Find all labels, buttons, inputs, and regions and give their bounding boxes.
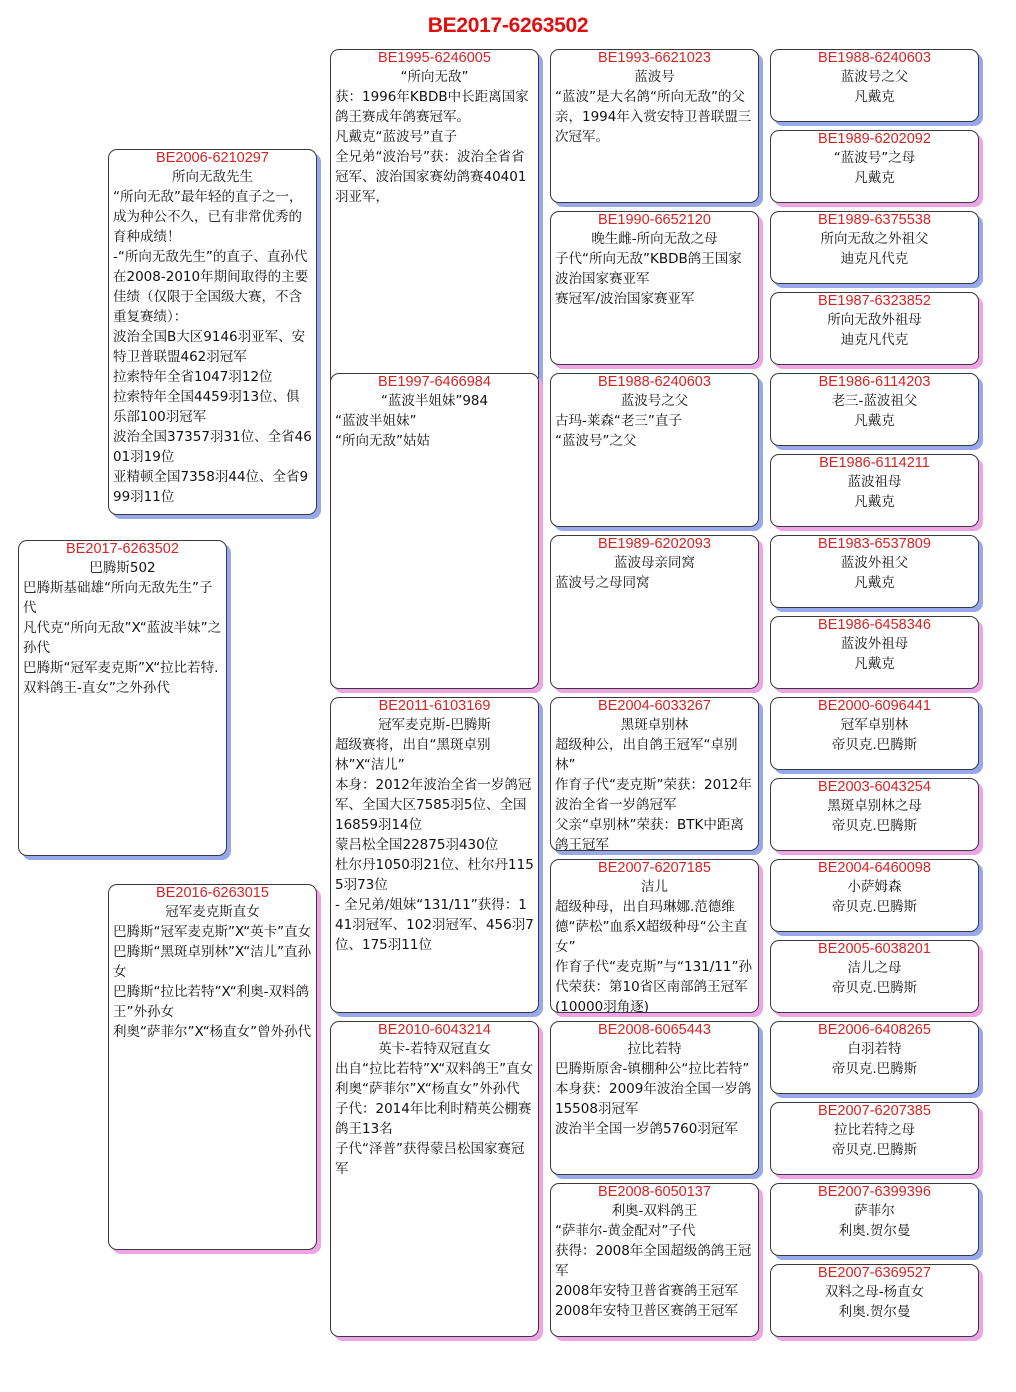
pigeon-card-dam[interactable]: BE2016-6263015 冠军麦克斯直女 巴腾斯“冠军麦克斯”X“英卡”直女… — [108, 884, 317, 1250]
pigeon-card-g5-8[interactable]: BE1986-6458346 蓝波外祖母 凡戴克 — [770, 616, 979, 689]
pigeon-card-g5-14[interactable]: BE2007-6207385 拉比若特之母 帝贝克.巴腾斯 — [770, 1102, 979, 1175]
pigeon-description: 超级种母，出自玛琳娜.范德维德“萨松”血系X超级种母“公主直女” 作育子代“麦克… — [555, 897, 754, 1013]
ring-number: BE1989-6202092 — [775, 131, 974, 148]
breeder-name: 帝贝克.巴腾斯 — [775, 735, 974, 755]
pigeon-description: 子代“所向无敌”KBDB鸽王国家 波治国家赛亚军 赛冠军/波治国家赛亚军 — [555, 249, 754, 309]
pigeon-description: 蓝波号之母同窝 — [555, 573, 754, 593]
pigeon-description: “所向无敌”最年轻的直子之一，成为种公不久，已有非常优秀的育种成绩！ -“所向无… — [113, 187, 312, 507]
pigeon-name: 冠军卓别林 — [775, 715, 974, 735]
pigeon-card-g4-8[interactable]: BE2008-6050137 利奥-双料鸽王 “萨菲尔-黄金配对”子代 获得：2… — [550, 1183, 759, 1337]
pigeon-name: “蓝波半姐妹”984 — [335, 391, 534, 411]
pigeon-description: “蓝波半姐妹” “所向无敌”姑姑 — [335, 411, 534, 451]
pigeon-card-grandsire-maternal[interactable]: BE2011-6103169 冠军麦克斯-巴腾斯 超级赛将，出自“黑斑卓别林”X… — [330, 697, 539, 1013]
ring-number: BE1997-6466984 — [335, 374, 534, 391]
pigeon-card-g5-12[interactable]: BE2005-6038201 洁儿之母 帝贝克.巴腾斯 — [770, 940, 979, 1013]
pigeon-card-g5-3[interactable]: BE1989-6375538 所向无敌之外祖父 迪克凡代克 — [770, 211, 979, 284]
pigeon-name: 蓝波外祖母 — [775, 634, 974, 654]
pigeon-name: 蓝波号之父 — [775, 67, 974, 87]
pigeon-name: 拉比若特之母 — [775, 1120, 974, 1140]
pigeon-name: 所向无敌之外祖父 — [775, 229, 974, 249]
breeder-name: 凡戴克 — [775, 411, 974, 431]
pigeon-name: 冠军麦克斯直女 — [113, 902, 312, 922]
breeder-name: 帝贝克.巴腾斯 — [775, 897, 974, 917]
ring-number: BE2000-6096441 — [775, 698, 974, 715]
pigeon-description: 超级种公，出自鸽王冠军“卓别林” 作育子代“麦克斯”荣获：2012年波治全省一岁… — [555, 735, 754, 851]
pigeon-name: 蓝波祖母 — [775, 472, 974, 492]
breeder-name: 利奥.贺尔曼 — [775, 1221, 974, 1241]
pigeon-name: 双料之母-杨直女 — [775, 1282, 974, 1302]
pigeon-card-g5-11[interactable]: BE2004-6460098 小萨姆森 帝贝克.巴腾斯 — [770, 859, 979, 932]
breeder-name: 迪克凡代克 — [775, 249, 974, 269]
pedigree-title: BE2017-6263502 — [0, 14, 1016, 38]
ring-number: BE1995-6246005 — [335, 50, 534, 67]
pigeon-card-g5-10[interactable]: BE2003-6043254 黑斑卓别林之母 帝贝克.巴腾斯 — [770, 778, 979, 851]
ring-number: BE1989-6202093 — [555, 536, 754, 553]
pigeon-card-sire[interactable]: BE2006-6210297 所向无敌先生 “所向无敌”最年轻的直子之一，成为种… — [108, 149, 317, 515]
pigeon-description: “萨菲尔-黄金配对”子代 获得：2008年全国超级鸽鸽王冠军 2008年安特卫普… — [555, 1221, 754, 1321]
breeder-name: 帝贝克.巴腾斯 — [775, 978, 974, 998]
breeder-name: 帝贝克.巴腾斯 — [775, 1140, 974, 1160]
pigeon-name: 蓝波外祖父 — [775, 553, 974, 573]
ring-number: BE2008-6065443 — [555, 1022, 754, 1039]
breeder-name: 凡戴克 — [775, 654, 974, 674]
breeder-name: 凡戴克 — [775, 168, 974, 188]
ring-number: BE1988-6240603 — [555, 374, 754, 391]
ring-number: BE2008-6050137 — [555, 1184, 754, 1201]
ring-number: BE1983-6537809 — [775, 536, 974, 553]
pigeon-card-g5-15[interactable]: BE2007-6399396 萨菲尔 利奥.贺尔曼 — [770, 1183, 979, 1256]
breeder-name: 利奥.贺尔曼 — [775, 1302, 974, 1322]
ring-number: BE1987-6323852 — [775, 293, 974, 310]
pigeon-card-g5-16[interactable]: BE2007-6369527 双料之母-杨直女 利奥.贺尔曼 — [770, 1264, 979, 1337]
ring-number: BE1993-6621023 — [555, 50, 754, 67]
pigeon-name: 萨菲尔 — [775, 1201, 974, 1221]
pigeon-card-g5-4[interactable]: BE1987-6323852 所向无敌外祖母 迪克凡代克 — [770, 292, 979, 365]
breeder-name: 凡戴克 — [775, 492, 974, 512]
ring-number: BE2007-6369527 — [775, 1265, 974, 1282]
pigeon-description: 巴腾斯原舍-镇棚种公“拉比若特” 本身获：2009年波治全国一岁鸽15508羽冠… — [555, 1059, 754, 1139]
ring-number: BE1986-6114203 — [775, 374, 974, 391]
pigeon-description: 古玛-莱森“老三”直子 “蓝波号”之父 — [555, 411, 754, 451]
pigeon-name: “所向无敌” — [335, 67, 534, 87]
pigeon-name: 蓝波母亲同窝 — [555, 553, 754, 573]
pigeon-name: 所向无敌先生 — [113, 167, 312, 187]
pigeon-name: 冠军麦克斯-巴腾斯 — [335, 715, 534, 735]
pigeon-card-g4-4[interactable]: BE1989-6202093 蓝波母亲同窝 蓝波号之母同窝 — [550, 535, 759, 689]
pigeon-name: 洁儿 — [555, 877, 754, 897]
pigeon-name: 拉比若特 — [555, 1039, 754, 1059]
ring-number: BE1989-6375538 — [775, 212, 974, 229]
breeder-name: 凡戴克 — [775, 87, 974, 107]
pigeon-description: “蓝波”是大名鸽“所向无敌”的父亲，1994年入赏安特卫普联盟三次冠军。 — [555, 87, 754, 147]
breeder-name: 凡戴克 — [775, 573, 974, 593]
pigeon-card-g5-13[interactable]: BE2006-6408265 白羽若特 帝贝克.巴腾斯 — [770, 1021, 979, 1094]
ring-number: BE2017-6263502 — [23, 541, 222, 558]
breeder-name: 帝贝克.巴腾斯 — [775, 1059, 974, 1079]
ring-number: BE1986-6458346 — [775, 617, 974, 634]
pigeon-name: 黑斑卓别林之母 — [775, 796, 974, 816]
pigeon-name: 小萨姆森 — [775, 877, 974, 897]
pigeon-card-g4-1[interactable]: BE1993-6621023 蓝波号 “蓝波”是大名鸽“所向无敌”的父亲，199… — [550, 49, 759, 203]
pigeon-description: 巴腾斯“冠军麦克斯”X“英卡”直女 巴腾斯“黑斑卓别林”X“洁儿”直孙女 巴腾斯… — [113, 922, 312, 1042]
pigeon-description: 超级赛将，出自“黑斑卓别林”X“洁儿” 本身：2012年波治全省一岁鸽冠军、全国… — [335, 735, 534, 955]
pigeon-card-g5-5[interactable]: BE1986-6114203 老三-蓝波祖父 凡戴克 — [770, 373, 979, 446]
pigeon-name: 所向无敌外祖母 — [775, 310, 974, 330]
pigeon-name: “蓝波号”之母 — [775, 148, 974, 168]
pigeon-name: 白羽若特 — [775, 1039, 974, 1059]
ring-number: BE1990-6652120 — [555, 212, 754, 229]
pigeon-card-g5-6[interactable]: BE1986-6114211 蓝波祖母 凡戴克 — [770, 454, 979, 527]
pigeon-card-g4-2[interactable]: BE1990-6652120 晚生雌-所向无敌之母 子代“所向无敌”KBDB鸽王… — [550, 211, 759, 365]
pigeon-card-g5-1[interactable]: BE1988-6240603 蓝波号之父 凡戴克 — [770, 49, 979, 122]
pigeon-name: 老三-蓝波祖父 — [775, 391, 974, 411]
breeder-name: 帝贝克.巴腾斯 — [775, 816, 974, 836]
pigeon-name: 洁儿之母 — [775, 958, 974, 978]
ring-number: BE2006-6408265 — [775, 1022, 974, 1039]
ring-number: BE2006-6210297 — [113, 150, 312, 167]
pigeon-card-g4-3[interactable]: BE1988-6240603 蓝波号之父 古玛-莱森“老三”直子 “蓝波号”之父 — [550, 373, 759, 527]
pigeon-name: 巴腾斯502 — [23, 558, 222, 578]
pigeon-card-g4-6[interactable]: BE2007-6207185 洁儿 超级种母，出自玛琳娜.范德维德“萨松”血系X… — [550, 859, 759, 1013]
pigeon-card-subject[interactable]: BE2017-6263502 巴腾斯502 巴腾斯基础雄“所向无敌先生”子代 凡… — [18, 540, 227, 856]
ring-number: BE1988-6240603 — [775, 50, 974, 67]
ring-number: BE2010-6043214 — [335, 1022, 534, 1039]
pigeon-name: 蓝波号之父 — [555, 391, 754, 411]
pigeon-card-g4-5[interactable]: BE2004-6033267 黑斑卓别林 超级种公，出自鸽王冠军“卓别林” 作育… — [550, 697, 759, 851]
pigeon-card-g5-9[interactable]: BE2000-6096441 冠军卓别林 帝贝克.巴腾斯 — [770, 697, 979, 770]
pigeon-name: 利奥-双料鸽王 — [555, 1201, 754, 1221]
pigeon-card-granddam-maternal[interactable]: BE2010-6043214 英卡-若特双冠直女 出自“拉比若特”X“双料鸽王”… — [330, 1021, 539, 1337]
ring-number: BE2005-6038201 — [775, 941, 974, 958]
pigeon-description: 出自“拉比若特”X“双料鸽王”直女 利奥“萨菲尔”X“杨直女”外孙代 子代：20… — [335, 1059, 534, 1179]
pigeon-name: 黑斑卓别林 — [555, 715, 754, 735]
pigeon-card-g4-7[interactable]: BE2008-6065443 拉比若特 巴腾斯原舍-镇棚种公“拉比若特” 本身获… — [550, 1021, 759, 1175]
pigeon-card-g5-2[interactable]: BE1989-6202092 “蓝波号”之母 凡戴克 — [770, 130, 979, 203]
breeder-name: 迪克凡代克 — [775, 330, 974, 350]
ring-number: BE2003-6043254 — [775, 779, 974, 796]
pigeon-card-g5-7[interactable]: BE1983-6537809 蓝波外祖父 凡戴克 — [770, 535, 979, 608]
pigeon-description: 获：1996年KBDB中长距离国家鸽王赛成年鸽赛冠军。 凡戴克“蓝波号”直子 全… — [335, 87, 534, 207]
ring-number: BE2007-6207185 — [555, 860, 754, 877]
ring-number: BE2004-6460098 — [775, 860, 974, 877]
pigeon-description: 巴腾斯基础雄“所向无敌先生”子代 凡代克“所向无敌”X“蓝波半妹”之孙代 巴腾斯… — [23, 578, 222, 698]
ring-number: BE2004-6033267 — [555, 698, 754, 715]
ring-number: BE2007-6399396 — [775, 1184, 974, 1201]
ring-number: BE2016-6263015 — [113, 885, 312, 902]
ring-number: BE2007-6207385 — [775, 1103, 974, 1120]
ring-number: BE2011-6103169 — [335, 698, 534, 715]
pigeon-name: 晚生雌-所向无敌之母 — [555, 229, 754, 249]
pigeon-name: 蓝波号 — [555, 67, 754, 87]
ring-number: BE1986-6114211 — [775, 455, 974, 472]
pigeon-card-granddam-paternal[interactable]: BE1997-6466984 “蓝波半姐妹”984 “蓝波半姐妹” “所向无敌”… — [330, 373, 539, 689]
pigeon-name: 英卡-若特双冠直女 — [335, 1039, 534, 1059]
